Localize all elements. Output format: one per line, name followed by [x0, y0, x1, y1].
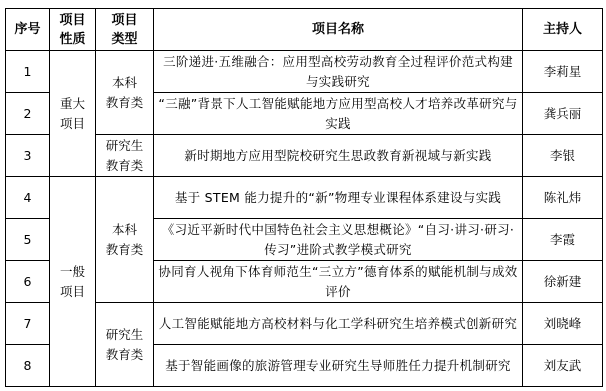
header-nature-line2: 性质 [59, 32, 85, 47]
cell-type-undergrad: 本科教育类 [96, 51, 154, 135]
header-row: 序号 项目性质 项目类型 项目名称 主持人 [6, 9, 603, 51]
cell-nature-general: 一般项目 [50, 177, 96, 387]
nature-line2: 项目 [60, 116, 85, 131]
cell-seq: 6 [6, 261, 50, 303]
cell-seq: 5 [6, 219, 50, 261]
cell-seq: 1 [6, 51, 50, 93]
cell-project-name: 人工智能赋能地方高校材料与化工学科研究生培养模式创新研究 [154, 303, 523, 345]
type-line2: 教育类 [106, 242, 144, 257]
type-line1: 研究生 [106, 327, 144, 342]
cell-seq: 2 [6, 93, 50, 135]
nature-line1: 一般 [60, 264, 85, 279]
table-row: 1 重大项目 本科教育类 三阶递进·五维融合：应用型高校劳动教育全过程评价范式构… [6, 51, 603, 93]
cell-project-name: 新时期地方应用型院校研究生思政教育新视域与新实践 [154, 135, 523, 177]
cell-host: 李莉星 [523, 51, 603, 93]
cell-host: 刘友武 [523, 345, 603, 387]
project-table: 序号 项目性质 项目类型 项目名称 主持人 1 重大项目 本科教育类 三阶递进·… [5, 8, 603, 387]
cell-project-name: 基于智能画像的旅游管理专业研究生导师胜任力提升机制研究 [154, 345, 523, 387]
header-nature-line1: 项目 [59, 13, 85, 28]
cell-seq: 3 [6, 135, 50, 177]
cell-nature-major: 重大项目 [50, 51, 96, 177]
cell-seq: 7 [6, 303, 50, 345]
type-line1: 本科 [112, 75, 137, 90]
table-row: 7 研究生教育类 人工智能赋能地方高校材料与化工学科研究生培养模式创新研究 刘晓… [6, 303, 603, 345]
type-line1: 研究生 [106, 138, 144, 153]
header-type-line2: 类型 [111, 32, 137, 47]
cell-host: 刘晓峰 [523, 303, 603, 345]
table-row: 3 研究生教育类 新时期地方应用型院校研究生思政教育新视域与新实践 李银 [6, 135, 603, 177]
header-host: 主持人 [523, 9, 603, 51]
cell-host: 徐新建 [523, 261, 603, 303]
cell-project-name: 三阶递进·五维融合：应用型高校劳动教育全过程评价范式构建与实践研究 [154, 51, 523, 93]
type-line2: 教育类 [106, 158, 144, 173]
cell-host: 李银 [523, 135, 603, 177]
cell-host: 李霞 [523, 219, 603, 261]
cell-host: 龚兵丽 [523, 93, 603, 135]
cell-type-grad: 研究生教育类 [96, 303, 154, 387]
cell-project-name: 基于 STEM 能力提升的“新”物理专业课程体系建设与实践 [154, 177, 523, 219]
cell-type-undergrad: 本科教育类 [96, 177, 154, 303]
nature-line1: 重大 [60, 96, 85, 111]
cell-project-name: “三融”背景下人工智能赋能地方应用型高校人才培养改革研究与实践 [154, 93, 523, 135]
cell-project-name: 协同育人视角下体育师范生“三立方”德育体系的赋能机制与成效评价 [154, 261, 523, 303]
type-line2: 教育类 [106, 347, 144, 362]
header-nature: 项目性质 [50, 9, 96, 51]
table-row: 4 一般项目 本科教育类 基于 STEM 能力提升的“新”物理专业课程体系建设与… [6, 177, 603, 219]
header-type-line1: 项目 [111, 13, 137, 28]
cell-seq: 8 [6, 345, 50, 387]
type-line2: 教育类 [106, 95, 144, 110]
header-name: 项目名称 [154, 9, 523, 51]
cell-project-name: 《习近平新时代中国特色社会主义思想概论》“自习·讲习·研习·传习”进阶式教学模式… [154, 219, 523, 261]
nature-line2: 项目 [60, 284, 85, 299]
cell-host: 陈礼炜 [523, 177, 603, 219]
header-type: 项目类型 [96, 9, 154, 51]
header-seq: 序号 [6, 9, 50, 51]
cell-seq: 4 [6, 177, 50, 219]
cell-type-grad: 研究生教育类 [96, 135, 154, 177]
type-line1: 本科 [112, 222, 137, 237]
